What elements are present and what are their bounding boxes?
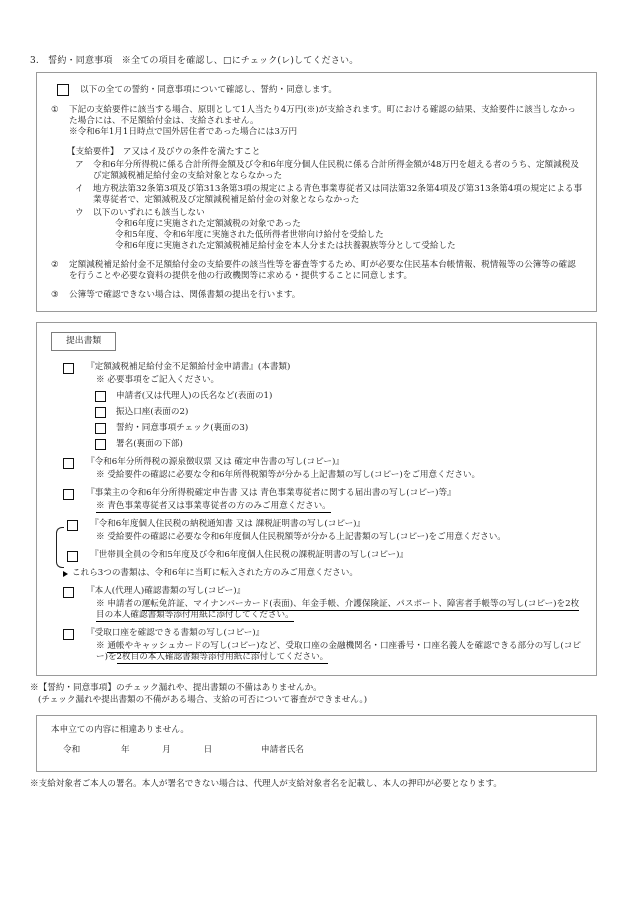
doc-gensen-title: 『令和6年分所得税の源泉徴収票 又は 確定申告書の写し(コピー)』 <box>86 457 584 468</box>
doc-juminzei-note: ※ 受給要件の確認に必要な令和6年度個人住民税額等が分かる上記書類の写し(コピー… <box>96 532 584 543</box>
sub-checkbox-signature[interactable] <box>95 439 106 450</box>
sub-checkbox-pledge-check[interactable] <box>95 423 106 434</box>
signature-note: ※支給対象者ご本人の署名。本人が署名できない場合は、代理人が支給対象者名を記載し… <box>30 779 598 790</box>
requirement-u-subline-3: 令和6年度に実施された定額減税補足給付金を本人分または扶養親族等分として受給した <box>115 241 584 252</box>
section3-heading: 3. 誓約・同意事項 ※全ての項目を確認し、□にチェック(レ)してください。 <box>30 56 598 67</box>
requirement-text-a: 令和6年分所得税に係る合計所得金額及び令和6年度分個人住民税に係る合計所得金額が… <box>93 160 584 182</box>
item1-number: ① <box>51 105 69 138</box>
doc-koza-note-underline-2: 2枚目の本人確認書類等添付用紙に添付してください。 <box>117 652 329 664</box>
bracket-note-text: これら3つの書類は、令和6年に当町に転入された方のみご用意ください。 <box>72 568 358 579</box>
sub-checkbox-applicant-name[interactable] <box>95 391 106 402</box>
doc-jigyonushi-title: 『事業主の令和6年分所得税確定申告書 又は 青色事業専従者に関する届出書の写し(… <box>86 488 584 499</box>
doc-koza-note-pre: ※ <box>96 641 107 651</box>
sub-label-bank-account: 振込口座(表面の2) <box>116 407 188 418</box>
doc-koza-head: 『受取口座を確認できる書類の写し(コピー)』 <box>63 628 584 640</box>
doc-application-note: ※ 必要事項をご記入ください。 <box>96 375 584 386</box>
doc-sub-pledge-check: 誓約・同意事項チェック(裏面の3) <box>95 423 584 434</box>
doc-application-title: 『定額減税補足給付金不足額給付金申請書』(本書類) <box>86 362 584 373</box>
requirement-label-a: ア <box>75 160 93 182</box>
doc-honnin-checkbox[interactable] <box>63 587 74 598</box>
documents-box: 提出書類 『定額減税補足給付金不足額給付金申請書』(本書類) ※ 必要事項をご記… <box>36 322 597 676</box>
bracket-note-row: これら3つの書類は、令和6年に当町に転入された方のみご用意ください。 <box>63 568 584 579</box>
doc-gensen-checkbox[interactable] <box>63 458 74 469</box>
doc-item-application: 『定額減税補足給付金不足額給付金申請書』(本書類) ※ 必要事項をご記入ください… <box>49 362 584 450</box>
requirement-text-i: 地方税法第32条第3項及び第313条第3項の規定による青色事業専従者又は同法第3… <box>93 184 584 206</box>
applicant-name-label: 申請者氏名 <box>261 745 304 756</box>
doc-item-honnin: 『本人(代理人)確認書類の写し(コピー)』 ※ 申請者の運転免許証、マイナンバー… <box>49 586 584 621</box>
doc-juminzei-checkbox[interactable] <box>67 520 78 531</box>
doc-honnin-head: 『本人(代理人)確認書類の写し(コピー)』 <box>63 586 584 598</box>
check-reminder-note: ※【誓約・同意事項】のチェック漏れや、提出書類の不備はありませんか。 <box>30 683 598 694</box>
requirement-u-subline-1: 令和6年度に実施された定額減税の対象であった <box>115 219 584 230</box>
sub-label-pledge-check: 誓約・同意事項チェック(裏面の3) <box>116 423 248 434</box>
declaration-statement: 本申立ての内容に相違ありません。 <box>51 725 582 736</box>
doc-honnin-title: 『本人(代理人)確認書類の写し(コピー)』 <box>86 586 584 597</box>
sub-label-signature: 署名(裏面の下部) <box>116 439 183 450</box>
era-label: 令和 <box>63 745 80 756</box>
doc-application-head: 『定額減税補足給付金不足額給付金申請書』(本書類) <box>63 362 584 374</box>
doc-juminzei-head: 『令和6年度個人住民税の納税通知書 又は 課税証明書の写し(コピー)』 <box>67 519 584 531</box>
doc-honnin-note-underline: 運転免許証、マイナンバーカード(表面)、年金手帳、介護保険証、パスポート、障害者… <box>96 599 579 622</box>
requirement-label-i: イ <box>75 184 93 206</box>
doc-application-checkbox[interactable] <box>63 363 74 374</box>
documents-label: 提出書類 <box>51 332 116 351</box>
doc-gensen-note: ※ 受給要件の確認に必要な令和6年所得税額等が分かる上記書類の写し(コピー)をご… <box>96 470 584 481</box>
item2-number: ② <box>51 260 69 282</box>
agree-row: 以下の全ての誓約・同意事項について確認し、誓約・同意します。 <box>57 84 584 96</box>
check-reminder-note-2: (チェック漏れや提出書類の不備がある場合、支給の可否について審査ができません。) <box>38 695 598 706</box>
pledge-item-2: ② 定額減税補足給付金不足額給付金の支給要件の該当性等を審査等するため、町が必要… <box>51 260 584 282</box>
item3-text: 公簿等で確認できない場合は、関係書類の提出を行います。 <box>69 290 584 301</box>
agree-label: 以下の全ての誓約・同意事項について確認し、誓約・同意します。 <box>80 85 337 96</box>
requirement-text-u: 以下のいずれにも該当しない <box>93 208 584 219</box>
doc-setai-head: 『世帯員全員の令和5年度及び令和6年度個人住民税の課税証明書の写し(コピー)』 <box>67 550 584 562</box>
doc-item-setai: 『世帯員全員の令和5年度及び令和6年度個人住民税の課税証明書の写し(コピー)』 <box>49 550 584 562</box>
requirement-label-u: ウ <box>75 208 93 219</box>
day-label: 日 <box>204 745 213 756</box>
doc-item-gensen: 『令和6年分所得税の源泉徴収票 又は 確定申告書の写し(コピー)』 ※ 受給要件… <box>49 457 584 481</box>
doc-jigyonushi-note: ※ 青色事業専従者又は事業専従者の方のみご用意ください。 <box>96 501 584 512</box>
requirement-u-subline-2: 令和5年度、令和6年度に実施された低所得者世帯向け給付を受給した <box>115 230 584 241</box>
item1-text-block: 下記の支給要件に該当する場合、原則として1人当たり4万円(※)が支給されます。町… <box>69 105 584 138</box>
doc-koza-note: ※ 通帳やキャッシュカードの写し(コピー)など、受取口座の金融機関名・口座番号・… <box>96 641 584 663</box>
declaration-box: 本申立ての内容に相違ありません。 令和 年 月 日 申請者氏名 <box>36 715 597 772</box>
item2-text: 定額減税補足給付金不足額給付金の支給要件の該当性等を審査等するため、町が必要な住… <box>69 260 584 282</box>
requirement-row-i: イ 地方税法第32条第3項及び第313条第3項の規定による青色事業専従者又は同法… <box>75 184 584 206</box>
doc-jigyonushi-head: 『事業主の令和6年分所得税確定申告書 又は 青色事業専従者に関する届出書の写し(… <box>63 488 584 500</box>
doc-juminzei-title: 『令和6年度個人住民税の納税通知書 又は 課税証明書の写し(コピー)』 <box>90 519 584 530</box>
agree-checkbox[interactable] <box>57 84 69 96</box>
doc-sub-applicant-name: 申請者(又は代理人)の氏名など(表面の1) <box>95 391 584 402</box>
sub-checkbox-bank-account[interactable] <box>95 407 106 418</box>
requirements-block: 【支給要件】 ア又はイ及びウの条件を満たすこと ア 令和6年分所得税に係る合計所… <box>67 147 584 252</box>
transfer-in-bracket-group: 『令和6年度個人住民税の納税通知書 又は 課税証明書の写し(コピー)』 ※ 受給… <box>49 519 584 579</box>
doc-item-jigyonushi: 『事業主の令和6年分所得税確定申告書 又は 青色事業専従者に関する届出書の写し(… <box>49 488 584 512</box>
pledge-item-1: ① 下記の支給要件に該当する場合、原則として1人当たり4万円(※)が支給されます… <box>51 105 584 138</box>
sub-label-applicant-name: 申請者(又は代理人)の氏名など(表面の1) <box>116 391 272 402</box>
doc-item-juminzei: 『令和6年度個人住民税の納税通知書 又は 課税証明書の写し(コピー)』 ※ 受給… <box>49 519 584 543</box>
year-label: 年 <box>121 745 130 756</box>
item3-number: ③ <box>51 290 69 301</box>
doc-sub-bank-account: 振込口座(表面の2) <box>95 407 584 418</box>
pledge-item-3: ③ 公簿等で確認できない場合は、関係書類の提出を行います。 <box>51 290 584 301</box>
item1-text: 下記の支給要件に該当する場合、原則として1人当たり4万円(※)が支給されます。町… <box>69 105 584 127</box>
requirement-row-a: ア 令和6年分所得税に係る合計所得金額及び令和6年度分個人住民税に係る合計所得金… <box>75 160 584 182</box>
doc-jigyonushi-checkbox[interactable] <box>63 489 74 500</box>
arrow-right-icon <box>63 571 68 577</box>
doc-setai-checkbox[interactable] <box>67 551 78 562</box>
month-label: 月 <box>162 745 171 756</box>
doc-honnin-note-pre: ※ 申請者の <box>96 599 142 609</box>
doc-setai-title: 『世帯員全員の令和5年度及び令和6年度個人住民税の課税証明書の写し(コピー)』 <box>90 550 584 561</box>
doc-honnin-note: ※ 申請者の運転免許証、マイナンバーカード(表面)、年金手帳、介護保険証、パスポ… <box>96 599 584 621</box>
doc-item-koza: 『受取口座を確認できる書類の写し(コピー)』 ※ 通帳やキャッシュカードの写し(… <box>49 628 584 663</box>
requirements-heading: 【支給要件】 ア又はイ及びウの条件を満たすこと <box>67 147 584 158</box>
requirement-row-u: ウ 以下のいずれにも該当しない <box>75 208 584 219</box>
form-content: 3. 誓約・同意事項 ※全ての項目を確認し、□にチェック(レ)してください。 以… <box>30 56 598 790</box>
doc-sub-signature: 署名(裏面の下部) <box>95 439 584 450</box>
item1-note: ※令和6年1月1日時点で国外居住者であった場合には3万円 <box>69 127 584 138</box>
doc-gensen-head: 『令和6年分所得税の源泉徴収票 又は 確定申告書の写し(コピー)』 <box>63 457 584 469</box>
doc-jigyonushi-note-underline: ※ 青色事業専従者又は事業専従者の方のみご用意ください。 <box>96 501 331 513</box>
doc-koza-title: 『受取口座を確認できる書類の写し(コピー)』 <box>86 628 584 639</box>
declaration-date-line: 令和 年 月 日 申請者氏名 <box>63 745 582 756</box>
bracket-line <box>56 527 64 568</box>
pledge-box: 以下の全ての誓約・同意事項について確認し、誓約・同意します。 ① 下記の支給要件… <box>36 72 597 312</box>
doc-koza-checkbox[interactable] <box>63 629 74 640</box>
form-page: 3. 誓約・同意事項 ※全ての項目を確認し、□にチェック(レ)してください。 以… <box>0 0 630 902</box>
